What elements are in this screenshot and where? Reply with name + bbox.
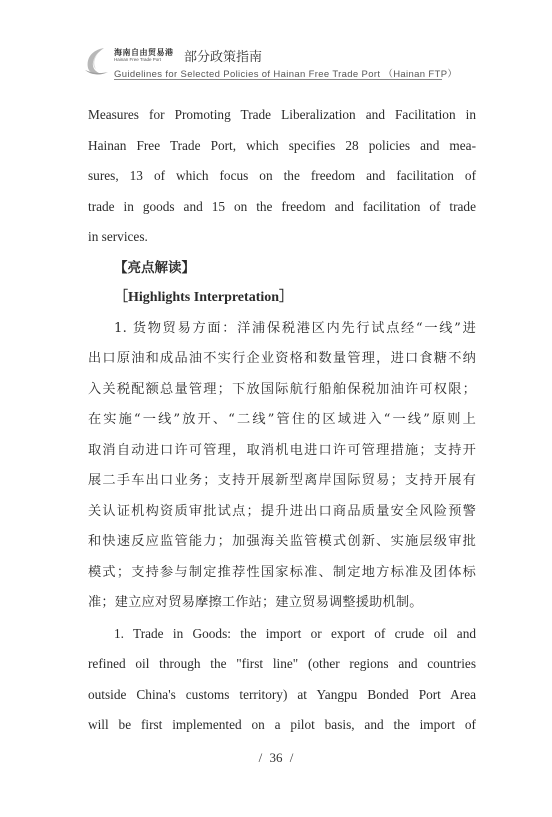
hainan-logo-icon bbox=[82, 46, 110, 76]
text-line: 取消自动进口许可管理，取消机电进口许可管理措施；支持开 bbox=[88, 436, 476, 467]
header-title-en: Guidelines for Selected Policies of Hain… bbox=[114, 66, 457, 80]
page-header: 海南自由贸易港 Hainan Free Trade Port 部分政策指南 Gu… bbox=[82, 44, 482, 84]
text-line: will be first implemented on a pilot bas… bbox=[88, 710, 476, 741]
text-line: 入关税配额总量管理；下放国际航行船舶保税加油许可权限； bbox=[88, 375, 476, 406]
page-body: Measures for Promoting Trade Liberalizat… bbox=[88, 100, 476, 741]
text-line: 和快速反应监管能力；加强海关监管模式创新、实施层级审批 bbox=[88, 527, 476, 558]
text-line: 出口原油和成品油不实行企业资格和数量管理，进口食糖不纳 bbox=[88, 344, 476, 375]
text-line: 展二手车出口业务；支持开展新型离岸国际贸易；支持开展有 bbox=[88, 466, 476, 497]
text-line: 1. Trade in Goods: the import or export … bbox=[88, 619, 476, 650]
en-paragraph: 1. Trade in Goods: the import or export … bbox=[88, 619, 476, 741]
text-line: Measures for Promoting Trade Liberalizat… bbox=[88, 100, 476, 131]
text-line: 准；建立应对贸易摩擦工作站；建立贸易调整援助机制。 bbox=[88, 588, 476, 619]
header-title-cn: 部分政策指南 bbox=[184, 46, 262, 65]
header-brand-en: Hainan Free Trade Port bbox=[114, 57, 161, 62]
text-line: 模式；支持参与制定推荐性国家标准、制定地方标准及团体标 bbox=[88, 558, 476, 589]
text-line: 1. 货物贸易方面：洋浦保税港区内先行试点经“一线”进 bbox=[88, 314, 476, 345]
cn-paragraph: 1. 货物贸易方面：洋浦保税港区内先行试点经“一线”进 出口原油和成品油不实行企… bbox=[88, 314, 476, 619]
text-line: Hainan Free Trade Port, which specifies … bbox=[88, 131, 476, 162]
text-line: trade in goods and 15 on the freedom and… bbox=[88, 192, 476, 223]
text-line: in services. bbox=[88, 222, 476, 253]
page-number: / 36 / bbox=[0, 750, 552, 766]
intro-paragraph: Measures for Promoting Trade Liberalizat… bbox=[88, 100, 476, 253]
text-line: 关认证机构资质审批试点；提升进出口商品质量安全风险预警 bbox=[88, 497, 476, 528]
section-heading-en: ［Highlights Interpretation］ bbox=[88, 283, 476, 314]
text-line: refined oil through the "first line" (ot… bbox=[88, 649, 476, 680]
text-line: outside China's customs territory) at Ya… bbox=[88, 680, 476, 711]
header-divider bbox=[114, 79, 442, 80]
text-line: sures, 13 of which focus on the freedom … bbox=[88, 161, 476, 192]
text-line: 在实施“一线”放开、“二线”管住的区域进入“一线”原则上 bbox=[88, 405, 476, 436]
section-heading-cn: 【亮点解读】 bbox=[88, 253, 476, 284]
